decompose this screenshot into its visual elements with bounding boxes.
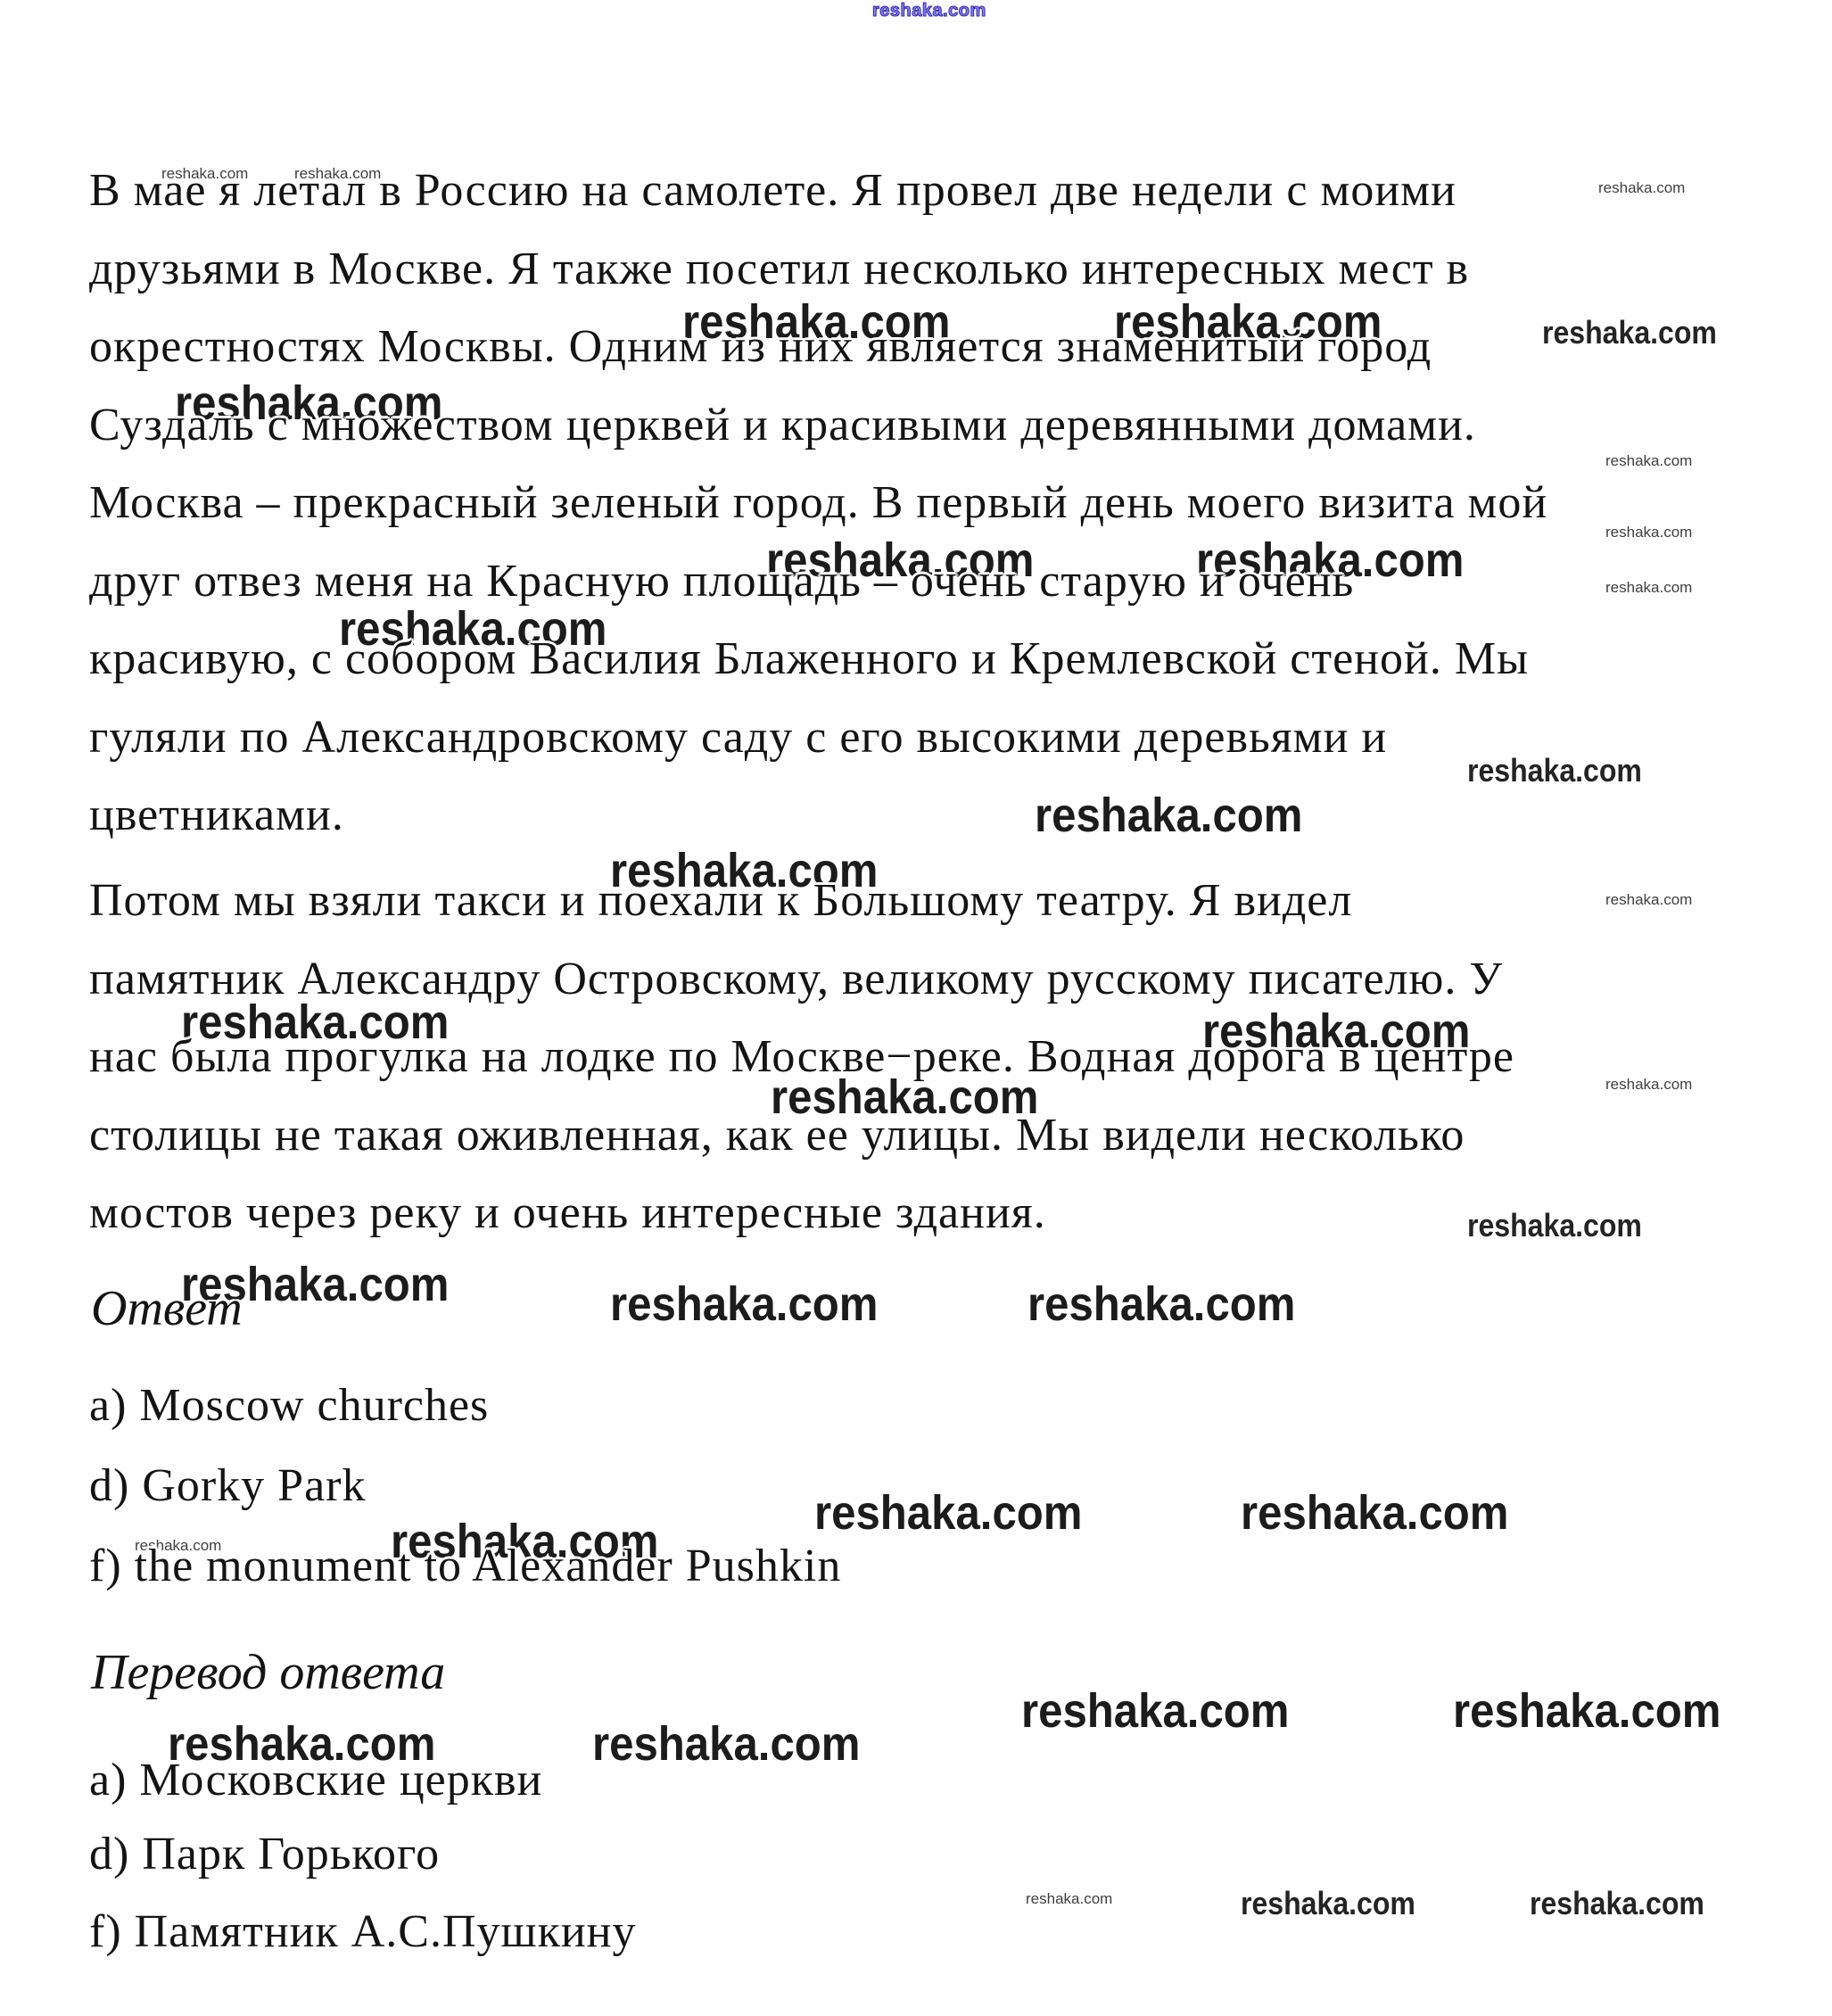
watermark-large: reshaka.com bbox=[610, 1280, 878, 1328]
answer-item: a) Moscow churches bbox=[89, 1379, 489, 1433]
watermark-large: reshaka.com bbox=[592, 1720, 860, 1768]
body-line: Москва – прекрасный зеленый город. В пер… bbox=[89, 476, 1547, 530]
watermark-small: reshaka.com bbox=[1598, 180, 1685, 195]
answer-item: f) the monument to Alexander Pushkin bbox=[89, 1540, 841, 1593]
translation-item: a) Московские церкви bbox=[89, 1754, 542, 1807]
translation-item: f) Памятник А.С.Пушкину bbox=[89, 1905, 636, 1959]
watermark-large: reshaka.com bbox=[1241, 1489, 1508, 1537]
watermark-small: reshaka.com bbox=[1605, 1077, 1692, 1092]
watermark-large: reshaka.com bbox=[1027, 1280, 1295, 1328]
body-line: друзьями в Москве. Я также посетил неско… bbox=[89, 243, 1469, 296]
watermark-medium: reshaka.com bbox=[1467, 1210, 1642, 1242]
body-line: друг отвез меня на Красную площадь – оче… bbox=[89, 555, 1354, 608]
watermark-blue: reshaka.com bbox=[872, 2, 986, 20]
body-line: гуляли по Александровскому саду с его вы… bbox=[89, 711, 1387, 764]
body-line: мостов через реку и очень интересные зда… bbox=[89, 1186, 1046, 1240]
body-line: памятник Александру Островскому, великом… bbox=[89, 953, 1503, 1006]
answer-heading: Ответ bbox=[91, 1281, 243, 1336]
document-page: reshaka.comreshaka.comreshaka.comreshaka… bbox=[0, 0, 1832, 2016]
translation-item: d) Парк Горького bbox=[89, 1828, 440, 1881]
watermark-large: reshaka.com bbox=[814, 1489, 1082, 1537]
watermark-medium: reshaka.com bbox=[1467, 755, 1642, 787]
watermark-small: reshaka.com bbox=[1026, 1891, 1112, 1906]
answer-item: d) Gorky Park bbox=[89, 1459, 367, 1513]
body-line: Потом мы взяли такси и поехали к Большом… bbox=[89, 874, 1352, 928]
translation-heading: Перевод ответа bbox=[91, 1645, 445, 1700]
watermark-small: reshaka.com bbox=[1605, 580, 1692, 595]
watermark-small: reshaka.com bbox=[1605, 525, 1692, 540]
watermark-large: reshaka.com bbox=[1035, 791, 1302, 839]
body-line: окрестностях Москвы. Одним из них являет… bbox=[89, 320, 1432, 374]
body-line: В мае я летал в Россию на самолете. Я пр… bbox=[89, 164, 1457, 218]
body-line: цветниками. bbox=[89, 789, 344, 842]
watermark-medium: reshaka.com bbox=[1530, 1888, 1704, 1920]
body-line: столицы не такая оживленная, как ее улиц… bbox=[89, 1109, 1465, 1162]
watermark-small: reshaka.com bbox=[1605, 892, 1692, 907]
watermark-large: reshaka.com bbox=[1021, 1687, 1289, 1735]
watermark-small: reshaka.com bbox=[1605, 453, 1692, 468]
body-line: Суздаль с множеством церквей и красивыми… bbox=[89, 399, 1476, 452]
body-line: нас была прогулка на лодке по Москве−рек… bbox=[89, 1030, 1514, 1084]
watermark-medium: reshaka.com bbox=[1241, 1888, 1415, 1920]
watermark-medium: reshaka.com bbox=[1542, 317, 1717, 349]
body-line: красивую, с собором Василия Блаженного и… bbox=[89, 632, 1529, 686]
watermark-large: reshaka.com bbox=[1453, 1687, 1721, 1735]
